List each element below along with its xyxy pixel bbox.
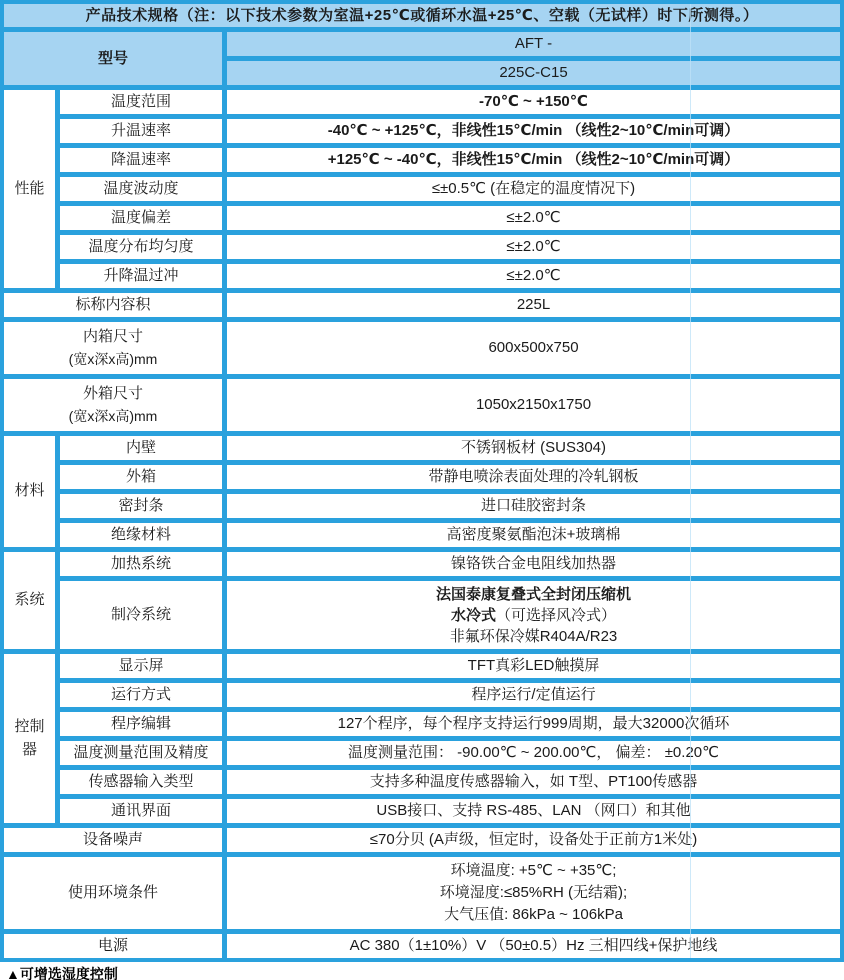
volume-value: 225L [227,293,840,317]
cooling-line2: 水冷式（可选择风冷式） [451,605,616,626]
environment-line2: 环境湿度:≤85%RH (无结霜); [440,882,627,904]
environment-line1: 环境温度: +5℃ ~ +35℃; [451,860,617,882]
inner-size-label-line1: 内箱尺寸 [83,326,143,348]
spec-row-label: 密封条 [60,494,222,518]
spec-row-label: 通讯界面 [60,799,222,823]
outer-size-label-line2: (宽x深x高)mm [69,405,158,427]
environment-label: 使用环境条件 [4,857,222,929]
model-label: 型号 [4,32,222,85]
outer-size-label: 外箱尺寸 (宽x深x高)mm [4,379,222,431]
noise-value: ≤70分贝 (A声级，恒定时，设备处于正前方1米处) [227,828,840,852]
spec-row-value: -70℃ ~ +150℃ [227,90,840,114]
spec-row-label: 绝缘材料 [60,523,222,547]
cooling-line3: 非氟环保冷媒R404A/R23 [450,626,618,647]
spec-row-label: 显示屏 [60,654,222,678]
spec-row-label: 升降温过冲 [60,264,222,288]
model-number: 225C-C15 [227,61,840,85]
inner-size-label-line2: (宽x深x高)mm [69,348,158,370]
spec-row-label: 温度分布均匀度 [60,235,222,259]
outer-size-label-line1: 外箱尺寸 [83,383,143,405]
cooling-line2-bold: 水冷式 [451,607,496,624]
cooling-line1: 法国泰康复叠式全封闭压缩机 [436,584,631,605]
spec-row-label: 程序编辑 [60,712,222,736]
volume-label: 标称内容积 [4,293,222,317]
outer-size-value: 1050x2150x1750 [227,379,840,431]
spec-row-value: 温度测量范围： -90.00℃ ~ 200.00℃， 偏差： ±0.20℃ [227,741,840,765]
spec-row-label: 温度偏差 [60,206,222,230]
spec-row-value: 带静电喷涂表面处理的冷轧钢板 [227,465,840,489]
inner-size-value: 600x500x750 [227,322,840,374]
spec-row-value: +125℃ ~ -40℃，非线性15℃/min （线性2~10℃/min可调） [227,148,840,172]
spec-row-label: 运行方式 [60,683,222,707]
environment-line3: 大气压值: 86kPa ~ 106kPa [444,904,623,926]
spec-row-value: TFT真彩LED触摸屏 [227,654,840,678]
cooling-value: 法国泰康复叠式全封闭压缩机 水冷式（可选择风冷式） 非氟环保冷媒R404A/R2… [227,581,840,649]
noise-label: 设备噪声 [4,828,222,852]
spec-row-label: 降温速率 [60,148,222,172]
spec-row-value: -40℃ ~ +125℃，非线性15℃/min （线性2~10℃/min可调） [227,119,840,143]
inner-size-label: 内箱尺寸 (宽x深x高)mm [4,322,222,374]
power-label: 电源 [4,934,222,958]
group-material: 材料 [4,436,55,547]
heating-label: 加热系统 [60,552,222,576]
spec-row-value: ≤±2.0℃ [227,264,840,288]
spec-row-value: 进口硅胶密封条 [227,494,840,518]
spec-row-label: 温度范围 [60,90,222,114]
group-performance: 性能 [4,90,55,288]
spec-row-value: ≤±2.0℃ [227,206,840,230]
spec-table: 产品技术规格（注：以下技术参数为室温+25℃或循环水温+25℃、空载（无试样）时… [0,0,844,962]
heating-value: 镍铬铁合金电阻线加热器 [227,552,840,576]
spec-row-value: 不锈钢板材 (SUS304) [227,436,840,460]
model-series: AFT - [227,32,840,56]
spec-row-value: 高密度聚氨酯泡沫+玻璃棉 [227,523,840,547]
spec-row-value: USB接口、支持 RS-485、LAN （网口）和其他 [227,799,840,823]
power-value: AC 380（1±10%）V （50±0.5）Hz 三相四线+保护地线 [227,934,840,958]
spec-row-label: 传感器输入类型 [60,770,222,794]
table-title: 产品技术规格（注：以下技术参数为室温+25℃或循环水温+25℃、空载（无试样）时… [4,4,840,27]
spec-row-value: ≤±0.5℃ (在稳定的温度情况下) [227,177,840,201]
spec-row-label: 外箱 [60,465,222,489]
spec-row-label: 温度波动度 [60,177,222,201]
spec-row-label: 内壁 [60,436,222,460]
spec-row-value: 支持多种温度传感器输入，如 T型、PT100传感器 [227,770,840,794]
cooling-line2-rest: （可选择风冷式） [496,607,616,624]
group-controller: 控制器 [4,654,55,823]
environment-value: 环境温度: +5℃ ~ +35℃; 环境湿度:≤85%RH (无结霜); 大气压… [227,857,840,929]
spec-row-value: 127个程序，每个程序支持运行999周期，最大32000次循环 [227,712,840,736]
spec-row-label: 升温速率 [60,119,222,143]
spec-row-label: 温度测量范围及精度 [60,741,222,765]
spec-row-value: ≤±2.0℃ [227,235,840,259]
cooling-label: 制冷系统 [60,581,222,649]
group-system: 系统 [4,552,55,649]
footer-note: ▲可增选湿度控制 [6,964,844,980]
spec-row-value: 程序运行/定值运行 [227,683,840,707]
